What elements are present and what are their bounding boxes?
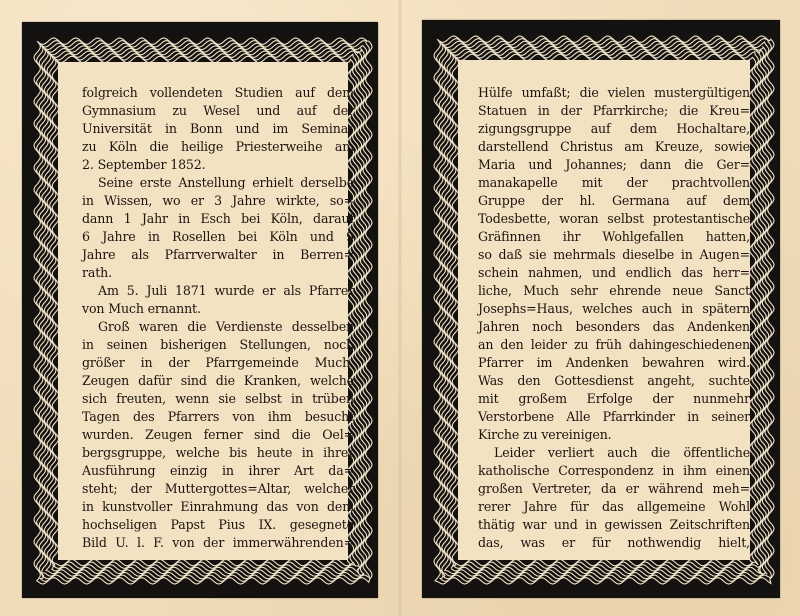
text-line: Bild U. l. F. von der immerwährenden=	[82, 534, 354, 552]
text-line: Universität in Bonn und im Seminar	[82, 120, 354, 138]
right-page-text: Hülfe umfaßt; die vielen mustergültigenS…	[478, 84, 750, 552]
text-line: großen Vertreter, da er während meh=	[478, 480, 750, 498]
text-line: Seine erste Anstellung erhielt derselbe	[82, 174, 354, 192]
text-line: hochseligen Papst Pius IX. gesegnete	[82, 516, 354, 534]
text-line: das, was er für nothwendig hielt,	[478, 534, 750, 552]
text-line: Jahren noch besonders das Andenken	[478, 318, 750, 336]
text-line: zigungsgruppe auf dem Hochaltare,	[478, 120, 750, 138]
text-line: Jahre als Pfarrverwalter in Berren=	[82, 246, 354, 264]
text-line: Hülfe umfaßt; die vielen mustergültigen	[478, 84, 750, 102]
text-line: in kunstvoller Einrahmung das von dem	[82, 498, 354, 516]
text-line: liche, Much sehr ehrende neue Sanct	[478, 282, 750, 300]
text-line: Ausführung einzig in ihrer Art da=	[82, 462, 354, 480]
text-line: schein nahmen, und endlich das herr=	[478, 264, 750, 282]
left-page-text: folgreich vollendeten Studien auf demGym…	[82, 84, 354, 552]
text-line: von Much ernannt.	[82, 300, 354, 318]
text-line: Statuen in der Pfarrkirche; die Kreu=	[478, 102, 750, 120]
text-line: Pfarrer im Andenken bewahren wird.	[478, 354, 750, 372]
text-line: 6 Jahre in Rosellen bei Köln und 9	[82, 228, 354, 246]
text-line: katholische Correspondenz in ihm einen	[478, 462, 750, 480]
text-line: Was den Gottesdienst angeht, suchte	[478, 372, 750, 390]
text-line: Leider verliert auch die öffentliche	[478, 444, 750, 462]
text-line: sich freuten, wenn sie selbst in trüben	[82, 390, 354, 408]
text-line: manakapelle mit der prachtvollen	[478, 174, 750, 192]
text-line: thätig war und in gewissen Zeitschriften	[478, 516, 750, 534]
text-line: zu Köln die heilige Priesterweihe am	[82, 138, 354, 156]
text-line: rerer Jahre für das allgemeine Wohl	[478, 498, 750, 516]
text-line: Groß waren die Verdienste desselben	[82, 318, 354, 336]
text-line: mit großem Erfolge der nunmehr	[478, 390, 750, 408]
text-line: Maria und Johannes; dann die Ger=	[478, 156, 750, 174]
text-line: an den leider zu früh dahingeschiedenen	[478, 336, 750, 354]
text-line: dann 1 Jahr in Esch bei Köln, darauf	[82, 210, 354, 228]
text-line: Gymnasium zu Wesel und auf der	[82, 102, 354, 120]
text-line: 2. September 1852.	[82, 156, 354, 174]
text-line: größer in der Pfarrgemeinde Much.	[82, 354, 354, 372]
text-line: rath.	[82, 264, 354, 282]
center-fold	[398, 0, 402, 616]
text-line: so daß sie mehrmals dieselbe in Augen=	[478, 246, 750, 264]
text-line: darstellend Christus am Kreuze, sowie	[478, 138, 750, 156]
text-line: Todesbette, woran selbst protestantische	[478, 210, 750, 228]
text-line: folgreich vollendeten Studien auf dem	[82, 84, 354, 102]
text-line: in seinen bisherigen Stellungen, noch	[82, 336, 354, 354]
text-line: Gruppe der hl. Germana auf dem	[478, 192, 750, 210]
text-line: Josephs=Haus, welches auch in spätern	[478, 300, 750, 318]
text-line: Kirche zu vereinigen.	[478, 426, 750, 444]
text-line: Tagen des Pfarrers von ihm besucht	[82, 408, 354, 426]
text-line: in Wissen, wo er 3 Jahre wirkte, so=	[82, 192, 354, 210]
text-line: wurden. Zeugen ferner sind die Oel=	[82, 426, 354, 444]
text-line: Gräfinnen ihr Wohlgefallen hatten,	[478, 228, 750, 246]
text-line: Am 5. Juli 1871 wurde er als Pfarrer	[82, 282, 354, 300]
text-line: bergsgruppe, welche bis heute in ihrer	[82, 444, 354, 462]
text-line: Zeugen dafür sind die Kranken, welche	[82, 372, 354, 390]
text-line: steht; der Muttergottes=Altar, welcher	[82, 480, 354, 498]
text-line: Verstorbene Alle Pfarrkinder in seiner	[478, 408, 750, 426]
